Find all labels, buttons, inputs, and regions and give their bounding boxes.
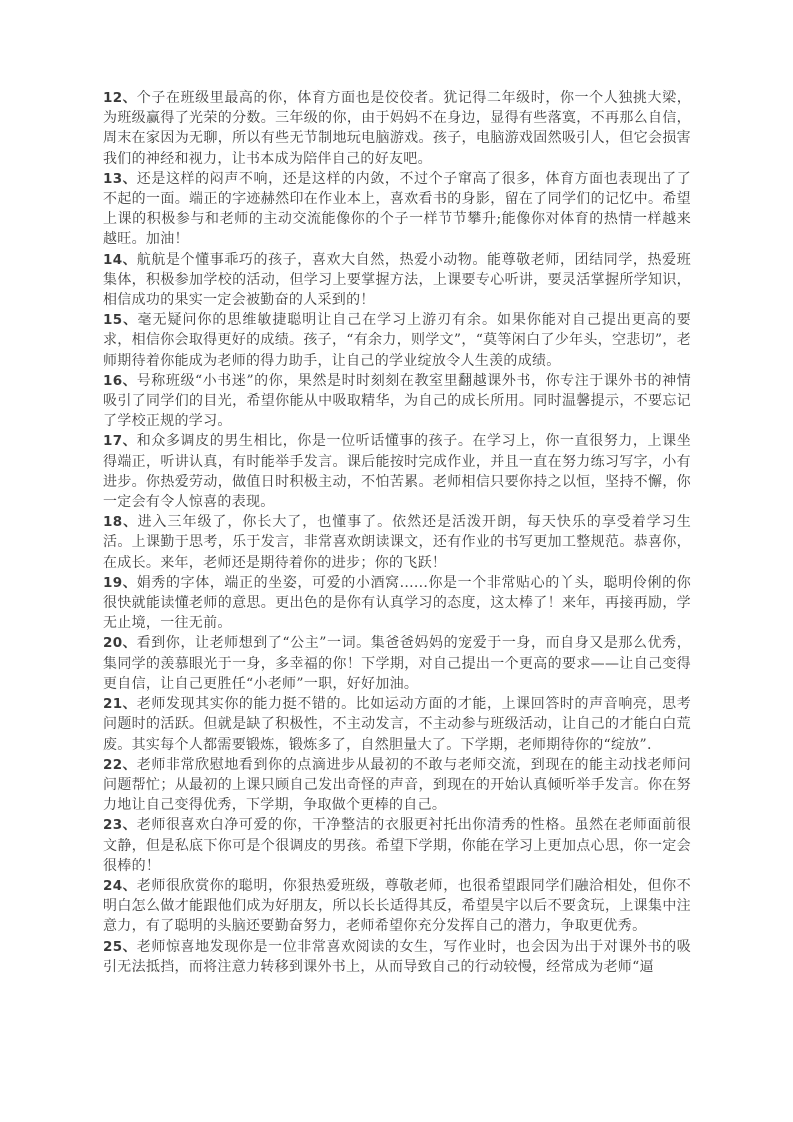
comment-paragraph: 21、老师发现其实你的能力挺不错的。比如运动方面的才能，上课回答时的声音响亮，思…: [103, 694, 691, 755]
paragraph-text: 老师很欣赏你的聪明，你狠热爱班级，尊敬老师，也很希望跟同学们融洽相处，但你不明白…: [103, 878, 691, 934]
paragraph-text: 老师惊喜地发现你是一位非常喜欢阅读的女生，写作业时，也会因为出于对课外书的吸引无…: [103, 939, 691, 975]
comment-paragraph: 12、个子在班级里最高的你，体育方面也是佼佼者。犹记得二年级时，你一个人独挑大梁…: [103, 88, 691, 169]
comment-paragraph: 13、还是这样的闷声不响，还是这样的内敛，不过个子窜高了很多，体育方面也表现出了…: [103, 169, 691, 250]
paragraph-number: 12、: [103, 90, 137, 106]
paragraph-text: 老师很喜欢白净可爱的你，干净整洁的衣服更衬托出你清秀的性格。虽然在老师面前很文静…: [103, 817, 691, 873]
paragraph-text: 毫无疑问你的思维敏捷聪明让自己在学习上游刃有余。如果你能对自己提出更高的要求，相…: [103, 312, 691, 368]
paragraph-number: 16、: [103, 373, 137, 389]
comment-paragraph: 25、老师惊喜地发现你是一位非常喜欢阅读的女生，写作业时，也会因为出于对课外书的…: [103, 937, 691, 977]
document-body: 12、个子在班级里最高的你，体育方面也是佼佼者。犹记得二年级时，你一个人独挑大梁…: [103, 88, 691, 977]
paragraph-text: 个子在班级里最高的你，体育方面也是佼佼者。犹记得二年级时，你一个人独挑大梁，为班…: [103, 90, 691, 167]
paragraph-text: 和众多调皮的男生相比，你是一位听话懂事的孩子。在学习上，你一直很努力，上课坐得端…: [103, 433, 691, 510]
comment-paragraph: 19、娟秀的字体，端正的坐姿，可爱的小酒窝......你是一个非常贴心的丫头，聪…: [103, 573, 691, 634]
paragraph-text: 号称班级“小书迷”的你，果然是时时刻刻在教室里翻越课外书，你专注于课外书的神情吸…: [103, 373, 691, 429]
paragraph-number: 21、: [103, 696, 137, 712]
comment-paragraph: 15、毫无疑问你的思维敏捷聪明让自己在学习上游刃有余。如果你能对自己提出更高的要…: [103, 310, 691, 371]
document-page: 12、个子在班级里最高的你，体育方面也是佼佼者。犹记得二年级时，你一个人独挑大梁…: [0, 0, 793, 1122]
paragraph-text: 进入三年级了，你长大了，也懂事了。依然还是活泼开朗，每天快乐的享受着学习生活。上…: [103, 514, 691, 570]
comment-paragraph: 23、老师很喜欢白净可爱的你，干净整洁的衣服更衬托出你清秀的性格。虽然在老师面前…: [103, 815, 691, 876]
paragraph-number: 17、: [103, 433, 137, 449]
paragraph-text: 看到你，让老师想到了“公主”一词。集爸爸妈妈的宠爱于一身，而自身又是那么优秀，集…: [103, 635, 691, 691]
paragraph-number: 20、: [103, 635, 137, 651]
paragraph-number: 22、: [103, 757, 137, 773]
comment-paragraph: 22、老师非常欣慰地看到你的点滴进步从最初的不敢与老师交流，到现在的能主动找老师…: [103, 755, 691, 816]
paragraph-number: 18、: [103, 514, 138, 530]
paragraph-text: 航航是个懂事乖巧的孩子，喜欢大自然，热爱小动物。能尊敬老师，团结同学，热爱班集体…: [103, 252, 691, 308]
paragraph-text: 娟秀的字体，端正的坐姿，可爱的小酒窝......你是一个非常贴心的丫头，聪明伶俐…: [103, 575, 691, 631]
comment-paragraph: 16、号称班级“小书迷”的你，果然是时时刻刻在教室里翻越课外书，你专注于课外书的…: [103, 371, 691, 432]
paragraph-number: 14、: [103, 252, 137, 268]
paragraph-number: 15、: [103, 312, 138, 328]
comment-paragraph: 14、航航是个懂事乖巧的孩子，喜欢大自然，热爱小动物。能尊敬老师，团结同学，热爱…: [103, 250, 691, 311]
paragraph-number: 19、: [103, 575, 137, 591]
paragraph-number: 24、: [103, 878, 137, 894]
comment-paragraph: 17、和众多调皮的男生相比，你是一位听话懂事的孩子。在学习上，你一直很努力，上课…: [103, 431, 691, 512]
paragraph-text: 还是这样的闷声不响，还是这样的内敛，不过个子窜高了很多，体育方面也表现出了了不起…: [103, 171, 691, 248]
comment-paragraph: 20、看到你，让老师想到了“公主”一词。集爸爸妈妈的宠爱于一身，而自身又是那么优…: [103, 633, 691, 694]
comment-paragraph: 24、老师很欣赏你的聪明，你狠热爱班级，尊敬老师，也很希望跟同学们融洽相处，但你…: [103, 876, 691, 937]
paragraph-number: 13、: [103, 171, 137, 187]
paragraph-number: 23、: [103, 817, 137, 833]
paragraph-text: 老师非常欣慰地看到你的点滴进步从最初的不敢与老师交流，到现在的能主动找老师问问题…: [103, 757, 691, 813]
paragraph-text: 老师发现其实你的能力挺不错的。比如运动方面的才能，上课回答时的声音响亮，思考问题…: [103, 696, 691, 752]
paragraph-number: 25、: [103, 939, 137, 955]
comment-paragraph: 18、进入三年级了，你长大了，也懂事了。依然还是活泼开朗，每天快乐的享受着学习生…: [103, 512, 691, 573]
